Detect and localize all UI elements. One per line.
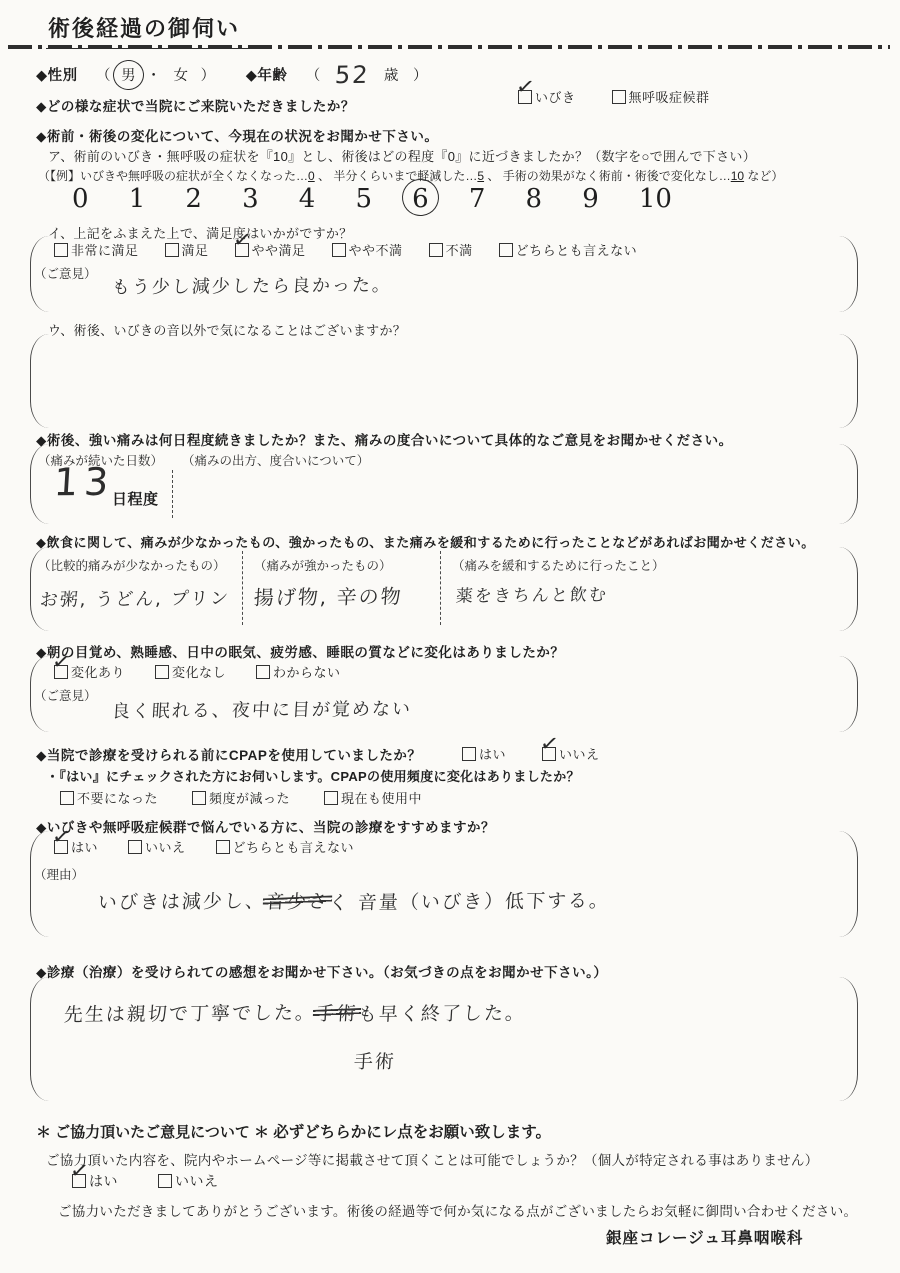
checkbox-label: はい	[89, 1171, 118, 1191]
checkbox-square	[54, 665, 68, 679]
dash-divider	[8, 45, 890, 49]
checkbox-very-satisfied[interactable]: 非常に満足	[54, 240, 139, 259]
checkbox-label: 非常に満足	[71, 240, 139, 259]
checkbox-label: わからない	[273, 662, 341, 681]
rating-scale: 0 1 2 3 4 5 6 7 8 9 10	[72, 184, 672, 214]
checkbox-square	[612, 90, 626, 104]
checkbox-square	[216, 840, 230, 854]
checkbox-square	[462, 747, 476, 761]
impressions-correction-handwriting: 手術	[353, 1047, 397, 1074]
sleep-answer-handwriting: 良く眠れる、夜中に目が覚めない	[111, 695, 413, 724]
pain-days-unit: 日程度	[112, 488, 159, 509]
footer-note-prefix: ＊ ご協力頂いたご意見について ＊	[36, 1124, 273, 1141]
age-label: ◆年齢	[246, 68, 288, 84]
impressions-answer-box: 先生は親切で丁寧でした。手術も早く終了した。 手術	[30, 977, 858, 1101]
checkbox-cpap-yes[interactable]: はい	[462, 744, 506, 763]
scale-3[interactable]: 3	[242, 184, 259, 214]
checkbox-somewhat-satisfied[interactable]: やや満足	[235, 240, 306, 259]
scale-7[interactable]: 7	[469, 184, 486, 214]
paren: （	[96, 68, 111, 84]
eating-col3-label: （痛みを緩和するために行ったこと）	[452, 556, 665, 574]
checkbox-square	[324, 791, 338, 805]
checkbox-label: いいえ	[175, 1171, 219, 1191]
checkbox-label: いいえ	[559, 744, 600, 763]
checkbox-label: 満足	[182, 240, 209, 259]
eating-col2-handwriting: 揚げ物, 辛の物	[253, 580, 404, 610]
footer-note-emphasis: 必ずどちらかにレ点をお願い致します。	[273, 1124, 551, 1141]
checkbox-recommend-no[interactable]: いいえ	[128, 837, 186, 856]
handwriting-strikethrough: 音少さ	[265, 887, 330, 915]
checkbox-still-using[interactable]: 現在も使用中	[324, 788, 422, 807]
symptom-question: ◆どの様な症状で当院にご来院いただきましたか？	[36, 95, 355, 115]
checkbox-label: 頻度が減った	[209, 788, 290, 807]
example-text: 、 半分くらいまで軽減した…	[315, 169, 478, 183]
checkbox-square	[72, 1174, 86, 1188]
example-text: （【例】いびきや無呼吸の症状が全くなくなった…	[38, 169, 308, 183]
checkbox-label: いいえ	[145, 837, 186, 856]
checkbox-changed[interactable]: 変化あり	[54, 662, 125, 681]
checkbox-no-change[interactable]: 変化なし	[155, 662, 226, 681]
recommend-answer-box: はい いいえ どちらとも言えない （理由） いびきは減少し、音少さく 音量（いび…	[30, 831, 858, 937]
opinion-label: （ご意見）	[34, 686, 97, 704]
scale-9[interactable]: 9	[582, 184, 599, 214]
checkbox-square	[542, 747, 556, 761]
checkbox-square	[332, 243, 346, 257]
checkbox-square	[54, 840, 68, 854]
change-heading: ◆術前・術後の変化について、今現在の状況をお聞かせ下さい。	[36, 125, 438, 145]
scale-10[interactable]: 10	[639, 184, 672, 214]
scale-4[interactable]: 4	[299, 184, 316, 214]
checkbox-no-longer-needed[interactable]: 不要になった	[60, 788, 158, 807]
checkbox-label: やや不満	[349, 240, 403, 259]
handwriting-text: 先生は親切で丁寧でした。	[63, 998, 317, 1027]
example-num-10: 10	[731, 169, 744, 183]
example-text: など）	[744, 169, 783, 183]
handwriting-strikethrough: 手術	[315, 999, 359, 1026]
satisfaction-answer-handwriting: もう少し減少したら良かった。	[111, 271, 393, 299]
checkbox-label: 不要になった	[77, 788, 158, 807]
pain-days-handwriting: 13	[53, 460, 116, 505]
scale-0[interactable]: 0	[72, 184, 89, 214]
permission-question: ご協力頂いた内容を、院内やホームページ等に掲載させて頂くことは可能でしょうか？（…	[46, 1149, 819, 1169]
thanks-message: ご協力いただきましてありがとうございます。術後の経過等で何か気になる点がございま…	[58, 1200, 857, 1220]
checkbox-label: 現在も使用中	[341, 788, 422, 807]
cpap-freq-options: 不要になった 頻度が減った 現在も使用中	[60, 788, 422, 807]
checkbox-square	[192, 791, 206, 805]
eating-answer-box: （比較的痛みが少なかったもの） （痛みが強かったもの） （痛みを緩和するために行…	[30, 547, 858, 631]
impressions-handwriting: 先生は親切で丁寧でした。手術も早く終了した。	[64, 999, 526, 1026]
profile-row: ◆性別 （ 男 ・ 女 ） ◆年齢 （ 52 歳 ）	[36, 61, 428, 89]
checkbox-square	[256, 665, 270, 679]
handwriting-text: く 音量（いびき）低下する。	[328, 886, 611, 915]
checkbox-permission-yes[interactable]: はい	[72, 1171, 118, 1191]
checkbox-square	[499, 243, 513, 257]
example-text: 、 手術の効果がなく術前・術後で変化なし…	[484, 169, 731, 183]
satisfaction-answer-box: 非常に満足 満足 やや満足 やや不満 不満 どちらとも言えない （ご意見） もう…	[30, 236, 858, 312]
checkbox-label: 不満	[446, 240, 473, 259]
paren: ）	[413, 68, 428, 84]
handwriting-text: も早く終了した。	[357, 998, 527, 1026]
symptom-options: いびき 無呼吸症候群	[518, 87, 710, 106]
pain-detail-label: （痛みの出方、度合いについて）	[182, 451, 369, 469]
checkbox-square	[235, 243, 249, 257]
age-value-handwriting: 52	[334, 61, 370, 89]
checkbox-square	[518, 90, 532, 104]
cpap-followup: ・『はい』にチェックされた方にお伺いします。CPAPの使用頻度に変化はありました…	[46, 766, 580, 785]
eating-col3-handwriting: 薬をきちんと飲む	[455, 580, 609, 606]
change-sub-question: ア、術前のいびき・無呼吸の症状を『10』とし、術後はどの程度『0』に近づきました…	[48, 146, 756, 165]
scale-1[interactable]: 1	[129, 184, 146, 214]
checkbox-square	[155, 665, 169, 679]
column-divider	[172, 470, 173, 518]
footer-note: ＊ ご協力頂いたご意見について ＊ 必ずどちらかにレ点をお願い致します。	[36, 1120, 551, 1142]
clinic-name: 銀座コレージュ耳鼻咽喉科	[606, 1226, 803, 1248]
scale-5[interactable]: 5	[355, 184, 372, 214]
checkbox-recommend-neither[interactable]: どちらとも言えない	[216, 837, 355, 856]
satisfaction-options: 非常に満足 満足 やや満足 やや不満 不満 どちらとも言えない	[54, 240, 637, 259]
checkbox-square	[60, 791, 74, 805]
checkbox-frequency-reduced[interactable]: 頻度が減った	[192, 788, 290, 807]
column-divider	[242, 551, 243, 625]
sleep-answer-box: 変化あり 変化なし わからない （ご意見） 良く眠れる、夜中に目が覚めない	[30, 656, 858, 732]
checkbox-cpap-no[interactable]: いいえ	[542, 744, 600, 763]
checkbox-neither[interactable]: どちらとも言えない	[499, 240, 638, 259]
eating-col1-label: （比較的痛みが少なかったもの）	[38, 556, 226, 574]
page-title: 術後経過の御伺い	[46, 12, 254, 49]
scale-2[interactable]: 2	[185, 184, 202, 214]
checkbox-label: 変化あり	[71, 662, 125, 681]
checkbox-square	[158, 1174, 172, 1188]
gender-female-label: 女	[173, 68, 188, 84]
reason-label: （理由）	[34, 865, 84, 883]
recommend-options: はい いいえ どちらとも言えない	[54, 837, 354, 856]
permission-options: はい いいえ	[72, 1171, 219, 1191]
gender-male-option[interactable]: 男	[121, 64, 136, 85]
checkbox-square	[429, 243, 443, 257]
checkbox-square	[165, 243, 179, 257]
example-num-0: 0	[308, 169, 315, 183]
checkbox-satisfied[interactable]: 満足	[165, 240, 209, 259]
checkbox-label: 変化なし	[172, 662, 226, 681]
questionnaire-page: 術後経過の御伺い ◆性別 （ 男 ・ 女 ） ◆年齢 （ 52 歳 ） ◆どの様…	[0, 0, 900, 1273]
cpap-question: ◆当院で診療を受けられる前にCPAPを使用していましたか？	[36, 744, 421, 764]
paren: ）	[201, 68, 216, 84]
pain-answer-box: （痛みが続いた日数） （痛みの出方、度合いについて） 13 日程度	[30, 444, 858, 524]
recommend-reason-handwriting: いびきは減少し、音少さく 音量（いびき）低下する。	[98, 887, 610, 914]
eating-col1-handwriting: お粥, うどん, プリン	[39, 584, 231, 612]
age-unit: 歳	[384, 68, 399, 84]
checkbox-unsure[interactable]: わからない	[256, 662, 341, 681]
eating-col2-label: （痛みが強かったもの）	[254, 556, 392, 574]
checkbox-label: はい	[479, 744, 506, 763]
cpap-options: はい いいえ	[462, 744, 600, 763]
handwriting-text: いびきは減少し、	[97, 886, 267, 914]
concerns-answer-box	[30, 334, 858, 428]
scale-8[interactable]: 8	[526, 184, 543, 214]
separator-dot: ・	[146, 68, 161, 84]
checkbox-permission-no[interactable]: いいえ	[158, 1171, 219, 1191]
checkbox-label: はい	[71, 837, 98, 856]
gender-male-label: 男	[121, 68, 136, 84]
sleep-options: 変化あり 変化なし わからない	[54, 662, 341, 681]
checkbox-recommend-yes[interactable]: はい	[54, 837, 98, 856]
checkbox-square	[128, 840, 142, 854]
checkbox-label: やや満足	[252, 240, 306, 259]
opinion-label: （ご意見）	[34, 264, 97, 282]
gender-female-option[interactable]: 女	[173, 68, 188, 84]
checkbox-label: いびき	[535, 87, 576, 106]
checkbox-somewhat-dissatisfied[interactable]: やや不満	[332, 240, 403, 259]
checkbox-label: どちらとも言えない	[233, 837, 355, 856]
scale-6[interactable]: 6	[412, 184, 429, 214]
checkbox-apnea[interactable]: 無呼吸症候群	[612, 87, 710, 106]
checkbox-label: どちらとも言えない	[516, 240, 638, 259]
gender-label: ◆性別	[36, 68, 78, 84]
column-divider	[440, 551, 441, 625]
checkbox-square	[54, 243, 68, 257]
checkbox-dissatisfied[interactable]: 不満	[429, 240, 473, 259]
paren: （	[306, 68, 321, 84]
checkbox-label: 無呼吸症候群	[629, 87, 710, 106]
checkbox-snoring[interactable]: いびき	[518, 87, 576, 106]
